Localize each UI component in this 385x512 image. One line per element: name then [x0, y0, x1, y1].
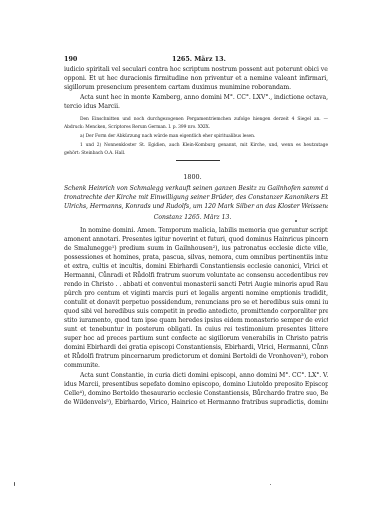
body-line: possessiones et homines, prata, pascua, … — [64, 253, 328, 262]
body-line: contulit et donavit perpetuo possidendum… — [64, 298, 328, 307]
body-line: sunt et tenebuntur in posterum obligati.… — [64, 325, 328, 334]
body-line: In nomine domini. Amen. Temporum malicia… — [80, 226, 328, 235]
body-line: et Růdolfi fratrum pincernarum predictor… — [64, 352, 328, 361]
body-line: domini Ebirhardi dei gratia episcopi Con… — [64, 343, 328, 352]
body-line: quod sibi vel heredibus suis competit in… — [64, 307, 328, 316]
footnote-line: 1 und 2) Nonnenkloster St. Egidien, auch… — [80, 142, 328, 149]
acta-line: Acta sunt Constantie, in curia dicti dom… — [80, 371, 328, 380]
footnote-line: gehört: Steinbach O.A. Hall. — [64, 150, 328, 157]
body-line: communite. — [64, 361, 328, 370]
text-line: iudicio spiritali vel seculari contra ho… — [64, 65, 328, 74]
acta-line: tercio idus Marcii. — [64, 102, 328, 111]
body-line: Hermanni, Cůnradi et Růdolfi fratrum suo… — [64, 271, 328, 280]
running-title: 1265. März 13. — [172, 55, 226, 63]
summary-line: Schenk Heinrich von Schmalegg verkauft s… — [64, 184, 328, 193]
footnote-line: a) Der Form der Abkürzung nach würde man… — [80, 133, 328, 140]
document-page: 190 1265. März 13. iudicio spiritali vel… — [0, 0, 385, 512]
body-line: et extra, cultis et incultis, domini Ebi… — [64, 262, 328, 271]
document-number: 1800. — [0, 173, 385, 181]
footnote-line: Abdruck: Mencken, Scriptores Rerum Germa… — [64, 124, 328, 131]
scan-speck — [295, 220, 297, 222]
body-line: pûrch pro centum et viginti marcis puri … — [64, 289, 328, 298]
place-date: Constanz 1265. März 13. — [0, 214, 385, 221]
body-line: stito iuramento, quod tam ipse quam here… — [64, 316, 328, 325]
acta-line: Celle⁴), domino Bertoldo thesaurario ecc… — [64, 389, 328, 398]
acta-line: Acta sunt hec in monte Kamberg, anno dom… — [80, 93, 328, 102]
summary-line: Ulrichs, Hermanns, Konrads und Rudolfs, … — [64, 202, 328, 211]
body-line: rendo in Christo . . abbati et conventui… — [64, 280, 328, 289]
body-line: super hoc ad preces partium sunt confect… — [64, 334, 328, 343]
acta-line: de Wildenvels⁵), Ebirhardo, Virico, Hain… — [64, 398, 328, 407]
page-number: 190 — [64, 55, 77, 63]
scan-speck — [270, 484, 271, 485]
text-line: opponi. Et ut hec duracionis firmitudine… — [64, 74, 328, 83]
footnote-line: Den Einschnitten und noch durchgezogenen… — [80, 116, 328, 123]
body-line: de Smalunegge¹) predium suum in Gailnhou… — [64, 244, 328, 253]
section-divider — [176, 160, 220, 161]
scan-speck — [14, 482, 15, 486]
body-line: amonent annotari. Presentes igitur nover… — [64, 235, 328, 244]
text-line: sigillorum presencium presentem cartam d… — [64, 83, 328, 92]
summary-line: tronatrechte der Kirche mit Einwilligung… — [64, 193, 328, 202]
acta-line: idus Marcii, presentibus sepefato domino… — [64, 380, 328, 389]
